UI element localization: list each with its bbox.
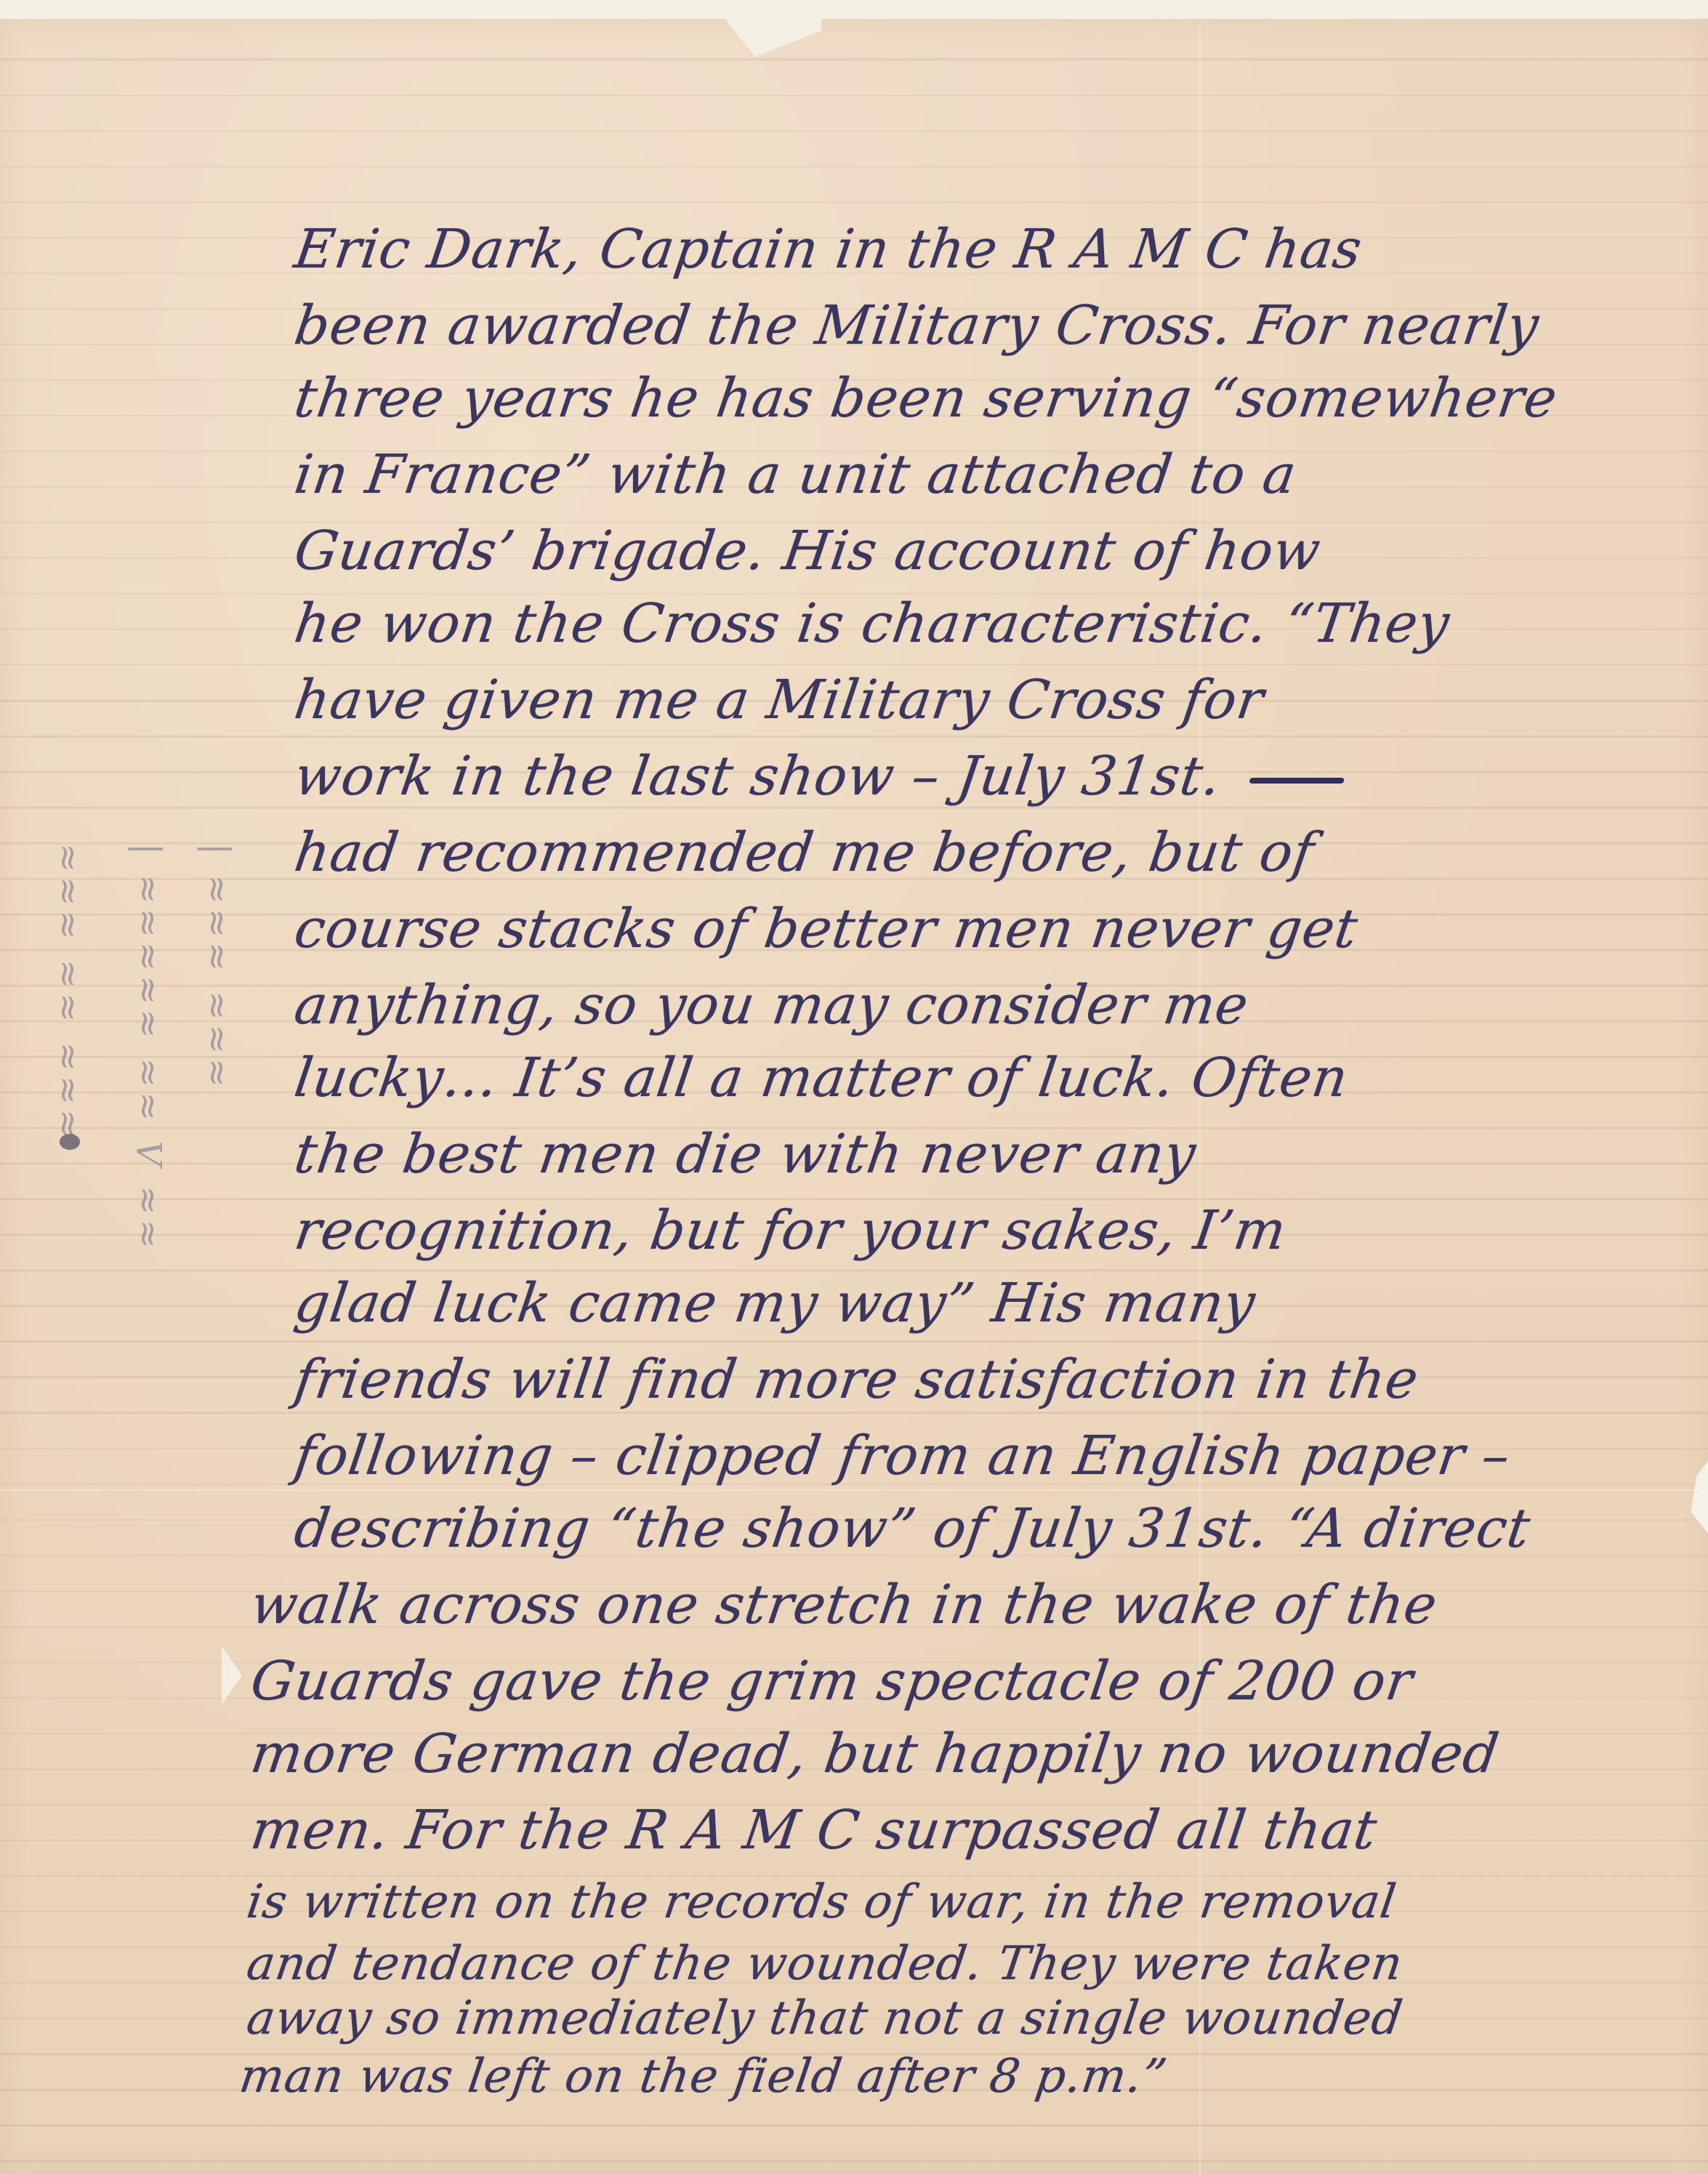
margin-note-column: ≈≈≈ ≈≈ ≈≈≈	[51, 843, 86, 1143]
text-line: had recommended me before, but of	[291, 821, 1318, 884]
text-line: he won the Cross is characteristic. “The…	[291, 592, 1454, 655]
text-line: glad luck came my way” His many	[291, 1272, 1260, 1334]
text-line: recognition, but for your sakes, I’m	[291, 1199, 1290, 1262]
text-line: Guards gave the grim spectacle of 200 or	[247, 1650, 1417, 1712]
text-line: anything, so you may consider me	[291, 974, 1252, 1036]
long-dash-mark	[1249, 778, 1344, 784]
text-line: lucky… It’s all a matter of luck. Often	[291, 1047, 1352, 1109]
text-line: is written on the records of war, in the…	[243, 1875, 1400, 1929]
pencil-margin-notes: ≈≈≈ ≈≈ ≈≈≈ | ≈≈≈≈≈ ≈≈ V ≈≈ | ≈≈≈ ≈≈≈	[22, 843, 240, 2042]
text-line: walk across one stretch in the wake of t…	[247, 1574, 1441, 1636]
text-line: describing “the show” of July 31st. “A d…	[291, 1497, 1534, 1560]
fold-crease-horizontal	[0, 1489, 1708, 1491]
text-line: and tendance of the wounded. They were t…	[243, 1937, 1406, 1991]
margin-note-column: | ≈≈≈ ≈≈≈	[200, 843, 235, 1092]
text-line: been awarded the Military Cross. For nea…	[291, 294, 1543, 357]
text-line: have given me a Military Cross for	[291, 669, 1268, 731]
text-line: the best men die with never any	[291, 1123, 1200, 1185]
text-line: work in the last show – July 31st.	[291, 745, 1225, 808]
text-line: Guards’ brigade. His account of how	[291, 520, 1325, 582]
ink-blot	[60, 1134, 80, 1150]
text-line: Eric Dark, Captain in the R A M C has	[291, 218, 1366, 281]
text-line: more German dead, but happily no wounded	[247, 1723, 1503, 1785]
text-line: three years he has been serving “somewhe…	[291, 367, 1561, 430]
text-line-with-dash: work in the last show – July 31st.	[291, 745, 1349, 808]
text-line: following – clipped from an English pape…	[291, 1425, 1515, 1487]
text-line: in France” with a unit attached to a	[291, 443, 1300, 506]
text-line: away so immediately that not a single wo…	[243, 1992, 1406, 2045]
text-line: course stacks of better men never get	[291, 898, 1362, 960]
margin-note-column: | ≈≈≈≈≈ ≈≈ V ≈≈	[131, 843, 166, 1253]
text-line: friends will find more satisfaction in t…	[291, 1348, 1422, 1411]
text-line: man was left on the field after 8 p.m.”	[236, 2050, 1171, 2103]
text-line: men. For the R A M C surpassed all that	[247, 1799, 1381, 1861]
